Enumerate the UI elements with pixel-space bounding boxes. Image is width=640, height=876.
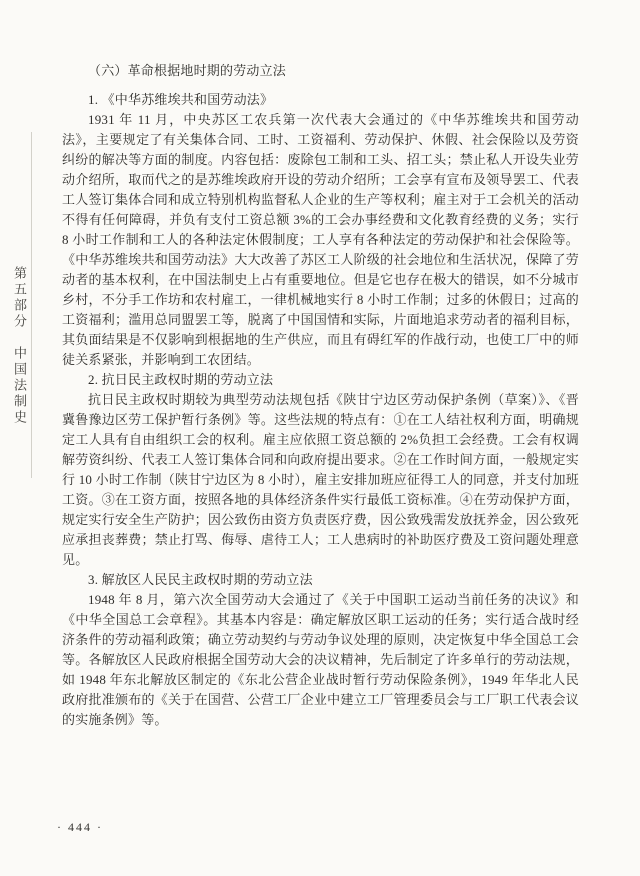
subsection-1-heading: 1. 《中华苏维埃共和国劳动法》 <box>62 90 579 110</box>
section-heading: （六）革命根据地时期的劳动立法 <box>62 61 579 81</box>
page-number: · 444 · <box>57 820 103 835</box>
subsection-3-paragraph: 1948 年 8 月，第六次全国劳动大会通过了《关于中国职工运动当前任务的决议》… <box>62 590 579 730</box>
book-page: 第五部分 中国法制史 （六）革命根据地时期的劳动立法 1. 《中华苏维埃共和国劳… <box>0 0 640 876</box>
sidebar-divider-rule <box>31 132 32 478</box>
page-body-text: （六）革命根据地时期的劳动立法 1. 《中华苏维埃共和国劳动法》 1931 年 … <box>62 61 579 730</box>
subsection-1-paragraph: 1931 年 11 月，中央苏区工农兵第一次代表大会通过的《中华苏维埃共和国劳动… <box>62 110 579 370</box>
subsection-2-paragraph: 抗日民主政权时期较为典型劳动法规包括《陕甘宁边区劳动保护条例（草案）》、《晋冀鲁… <box>62 390 579 570</box>
subsection-3-heading: 3. 解放区人民民主政权时期的劳动立法 <box>62 570 579 590</box>
subsection-2-heading: 2. 抗日民主政权时期的劳动立法 <box>62 370 579 390</box>
part-label-vertical: 第五部分 中国法制史 <box>10 266 29 426</box>
